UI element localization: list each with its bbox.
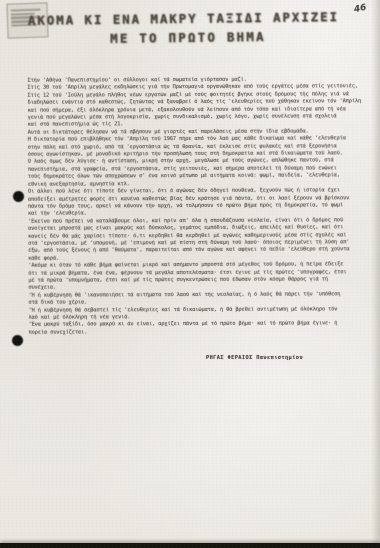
handwritten-page-number: 46	[354, 3, 368, 15]
scan-bottom-edge	[0, 543, 380, 548]
document-title: ΑΚΟΜΑ ΚΙ ΕΝΑ ΜΑΚΡΥ ΤΑΞΙΔΙ ΑΡΧΙΖΕΙ ΜΕ ΤΟ …	[28, 9, 339, 47]
hole-punch-mark-bottom	[12, 335, 23, 346]
text-line: έξω, από τούς ξένους ή από 'θαύματα', πα…	[28, 247, 362, 256]
text-line: πορεία συνεχίζεται.	[29, 328, 363, 337]
text-line: 'Ή ή κυβέρνηση θά σεβαστεί τίς 'ελευθερί…	[28, 306, 362, 315]
stamp-text-line	[11, 8, 41, 11]
document-body: Στήν 'Αθήνα 'Πανεπιστημίου' οι σύλλογοι …	[27, 76, 362, 337]
document-title-line-2: ΜΕ ΤΟ ΠΡΩΤΟ ΒΗΜΑ	[110, 28, 339, 46]
signature-line: ΡΗΓΑΣ ΦΕΡΑΙΟΣ Πανεπιστημίου	[206, 355, 303, 361]
scan-right-edge-shadow	[371, 0, 380, 548]
document-title-line-1: ΑΚΟΜΑ ΚΙ ΕΝΑ ΜΑΚΡΥ ΤΑΞΙΔΙ ΑΡΧΙΖΕΙ	[28, 9, 339, 28]
text-line: τούς δημοκράτες όλων τών αποχρώσεων σ' έ…	[28, 173, 362, 182]
scanned-document-page: 46 ΑΚΟΜΑ ΚΙ ΕΝΑ ΜΑΚΡΥ ΤΑΞΙΔΙ ΑΡΧΙΖΕΙ ΜΕ …	[0, 0, 380, 548]
hole-punch-mark-top	[13, 191, 24, 202]
text-line: 'Ένα μακρύ ταξίδι, όσο μακρύ κι άν είναι…	[29, 321, 363, 330]
